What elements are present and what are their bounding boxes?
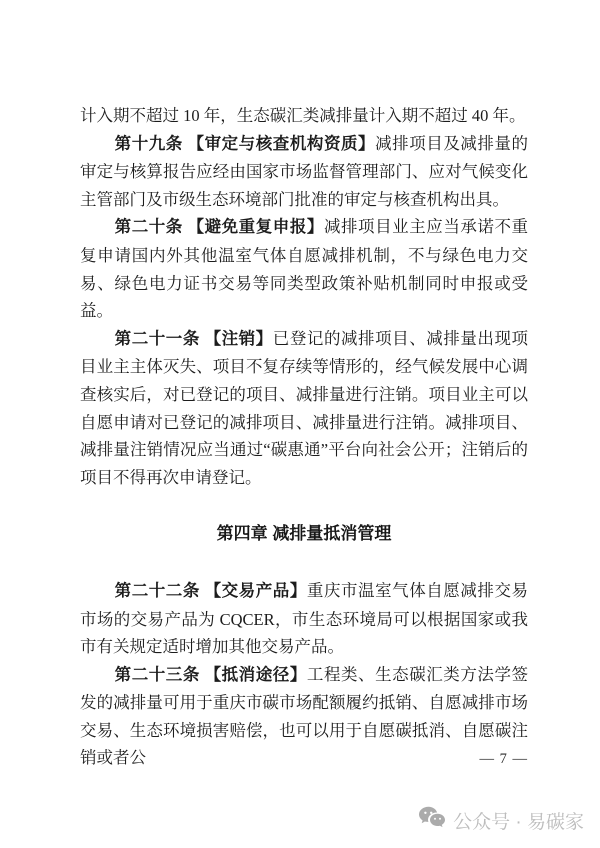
watermark-text: 公众号 · 易碳家 — [453, 807, 584, 834]
paragraph-article-19: 第十九条 【审定与核查机构资质】减排项目及减排量的审定与核算报告应经由国家市场监… — [80, 130, 528, 214]
paragraph-article-23: 第二十三条 【抵消途径】工程类、生态碳汇类方法学签发的减排量可用于重庆市碳市场配… — [80, 661, 528, 772]
article-number: 第二十一条 — [115, 329, 205, 348]
paragraph-article-21: 第二十一条 【注销】已登记的减排项目、减排量出现项目业主主体灭失、项目不复存续等… — [80, 325, 528, 492]
article-title: 【避免重复申报】 — [188, 218, 324, 236]
article-title: 【交易产品】 — [205, 582, 307, 600]
article-title: 【审定与核查机构资质】 — [188, 135, 376, 153]
paragraph-article-22: 第二十二条 【交易产品】重庆市温室气体自愿减排交易市场的交易产品为 CQCER，… — [80, 577, 528, 661]
article-number: 第二十条 — [115, 217, 188, 236]
article-number: 第二十三条 — [115, 665, 205, 684]
watermark: 公众号 · 易碳家 — [418, 806, 584, 835]
article-body: 已登记的减排项目、减排量出现项目业主主体灭失、项目不复存续等情形的，经气候发展中… — [80, 329, 528, 487]
article-number: 第十九条 — [115, 134, 188, 153]
article-number: 第二十二条 — [115, 581, 205, 600]
article-title: 【抵消途径】 — [205, 666, 307, 684]
article-title: 【注销】 — [205, 330, 273, 348]
paragraph-article-20: 第二十条 【避免重复申报】减排项目业主应当承诺不重复申请国内外其他温室气体自愿减… — [80, 213, 528, 324]
page-body-text: 计入期不超过 10 年，生态碳汇类减排量计入期不超过 40 年。 第十九条 【审… — [80, 102, 528, 772]
wechat-icon — [418, 806, 446, 835]
article-body: 计入期不超过 10 年，生态碳汇类减排量计入期不超过 40 年。 — [80, 106, 526, 125]
chapter-heading: 第四章 减排量抵消管理 — [80, 520, 528, 548]
document-page: 计入期不超过 10 年，生态碳汇类减排量计入期不超过 40 年。 第十九条 【审… — [0, 0, 600, 848]
page-number: — 7 — — [480, 751, 529, 768]
paragraph-continuation: 计入期不超过 10 年，生态碳汇类减排量计入期不超过 40 年。 — [80, 102, 528, 130]
